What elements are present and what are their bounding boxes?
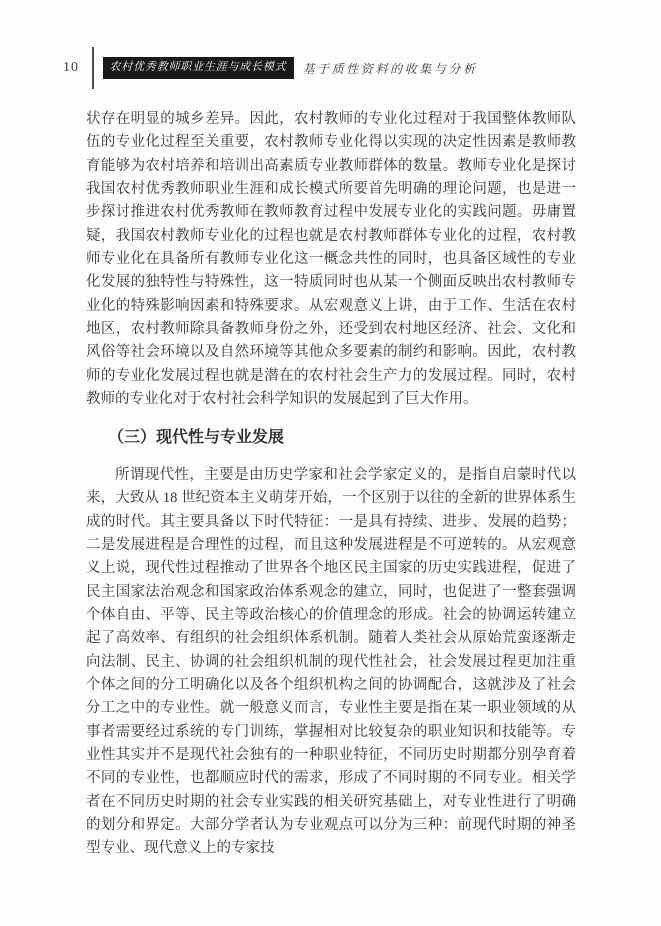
header-subtitle: 基于质性资料的收集与分析 — [303, 60, 478, 77]
running-header: 10 农村优秀教师职业生涯与成长模式 基于质性资料的收集与分析 — [63, 47, 621, 89]
page-number: 10 — [63, 60, 80, 76]
book-page: 10 农村优秀教师职业生涯与成长模式 基于质性资料的收集与分析 状存在明显的城乡… — [0, 0, 661, 926]
header-divider-rule — [92, 47, 94, 89]
series-title-box: 农村优秀教师职业生涯与成长模式 — [103, 57, 294, 78]
section-heading: （三）现代性与专业发展 — [108, 426, 576, 449]
paragraph-continuation: 状存在明显的城乡差异。因此，农村教师的专业化过程对于我国整体教师队伍的专业化过程… — [86, 108, 576, 411]
body-text-block: 状存在明显的城乡差异。因此，农村教师的专业化过程对于我国整体教师队伍的专业化过程… — [86, 108, 576, 861]
paragraph-modernity: 所谓现代性，主要是由历史学家和社会学家定义的，是指自启蒙时代以来，大致从 18 … — [86, 464, 576, 861]
